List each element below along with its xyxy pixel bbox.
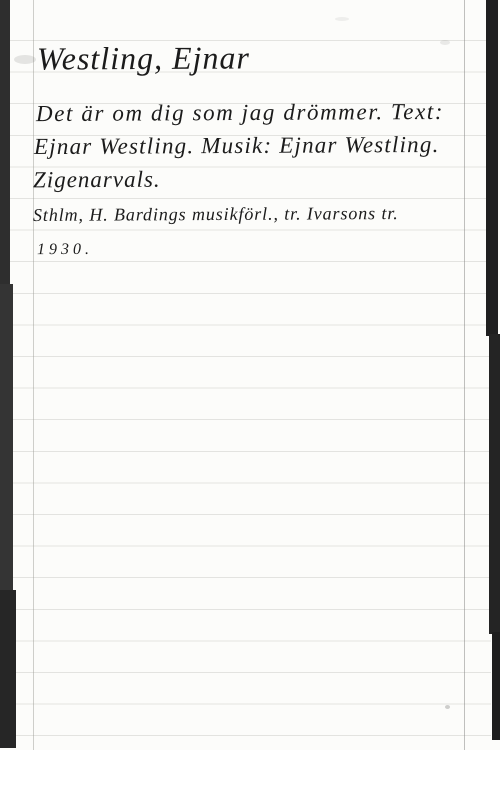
scan-border-left xyxy=(0,590,16,748)
scan-smudge xyxy=(14,55,36,64)
scan-border-right xyxy=(486,0,498,336)
scan-smudge xyxy=(440,40,450,45)
scan-smudge xyxy=(335,17,349,21)
scan-border-right xyxy=(492,632,500,740)
line-genre: Zigenarvals. xyxy=(33,167,161,194)
line-text-music-credits: Ejnar Westling. Musik: Ejnar Westling. xyxy=(34,132,440,160)
scan-border-left xyxy=(0,0,10,286)
line-imprint: Sthlm, H. Bardings musikförl., tr. Ivars… xyxy=(33,203,399,226)
scanned-page: Westling, Ejnar Det är om dig som jag dr… xyxy=(0,0,500,800)
left-margin-line xyxy=(33,0,34,750)
scan-border-left xyxy=(0,284,13,592)
line-year: 1930. xyxy=(37,241,93,259)
scan-border-right xyxy=(489,334,500,634)
catalog-card: Westling, Ejnar Det är om dig som jag dr… xyxy=(0,0,500,750)
right-margin-line xyxy=(464,0,465,750)
scan-smudge xyxy=(445,705,450,709)
line-title-statement: Det är om dig som jag drömmer. Text: xyxy=(36,99,444,127)
card-heading-author: Westling, Ejnar xyxy=(37,39,250,77)
